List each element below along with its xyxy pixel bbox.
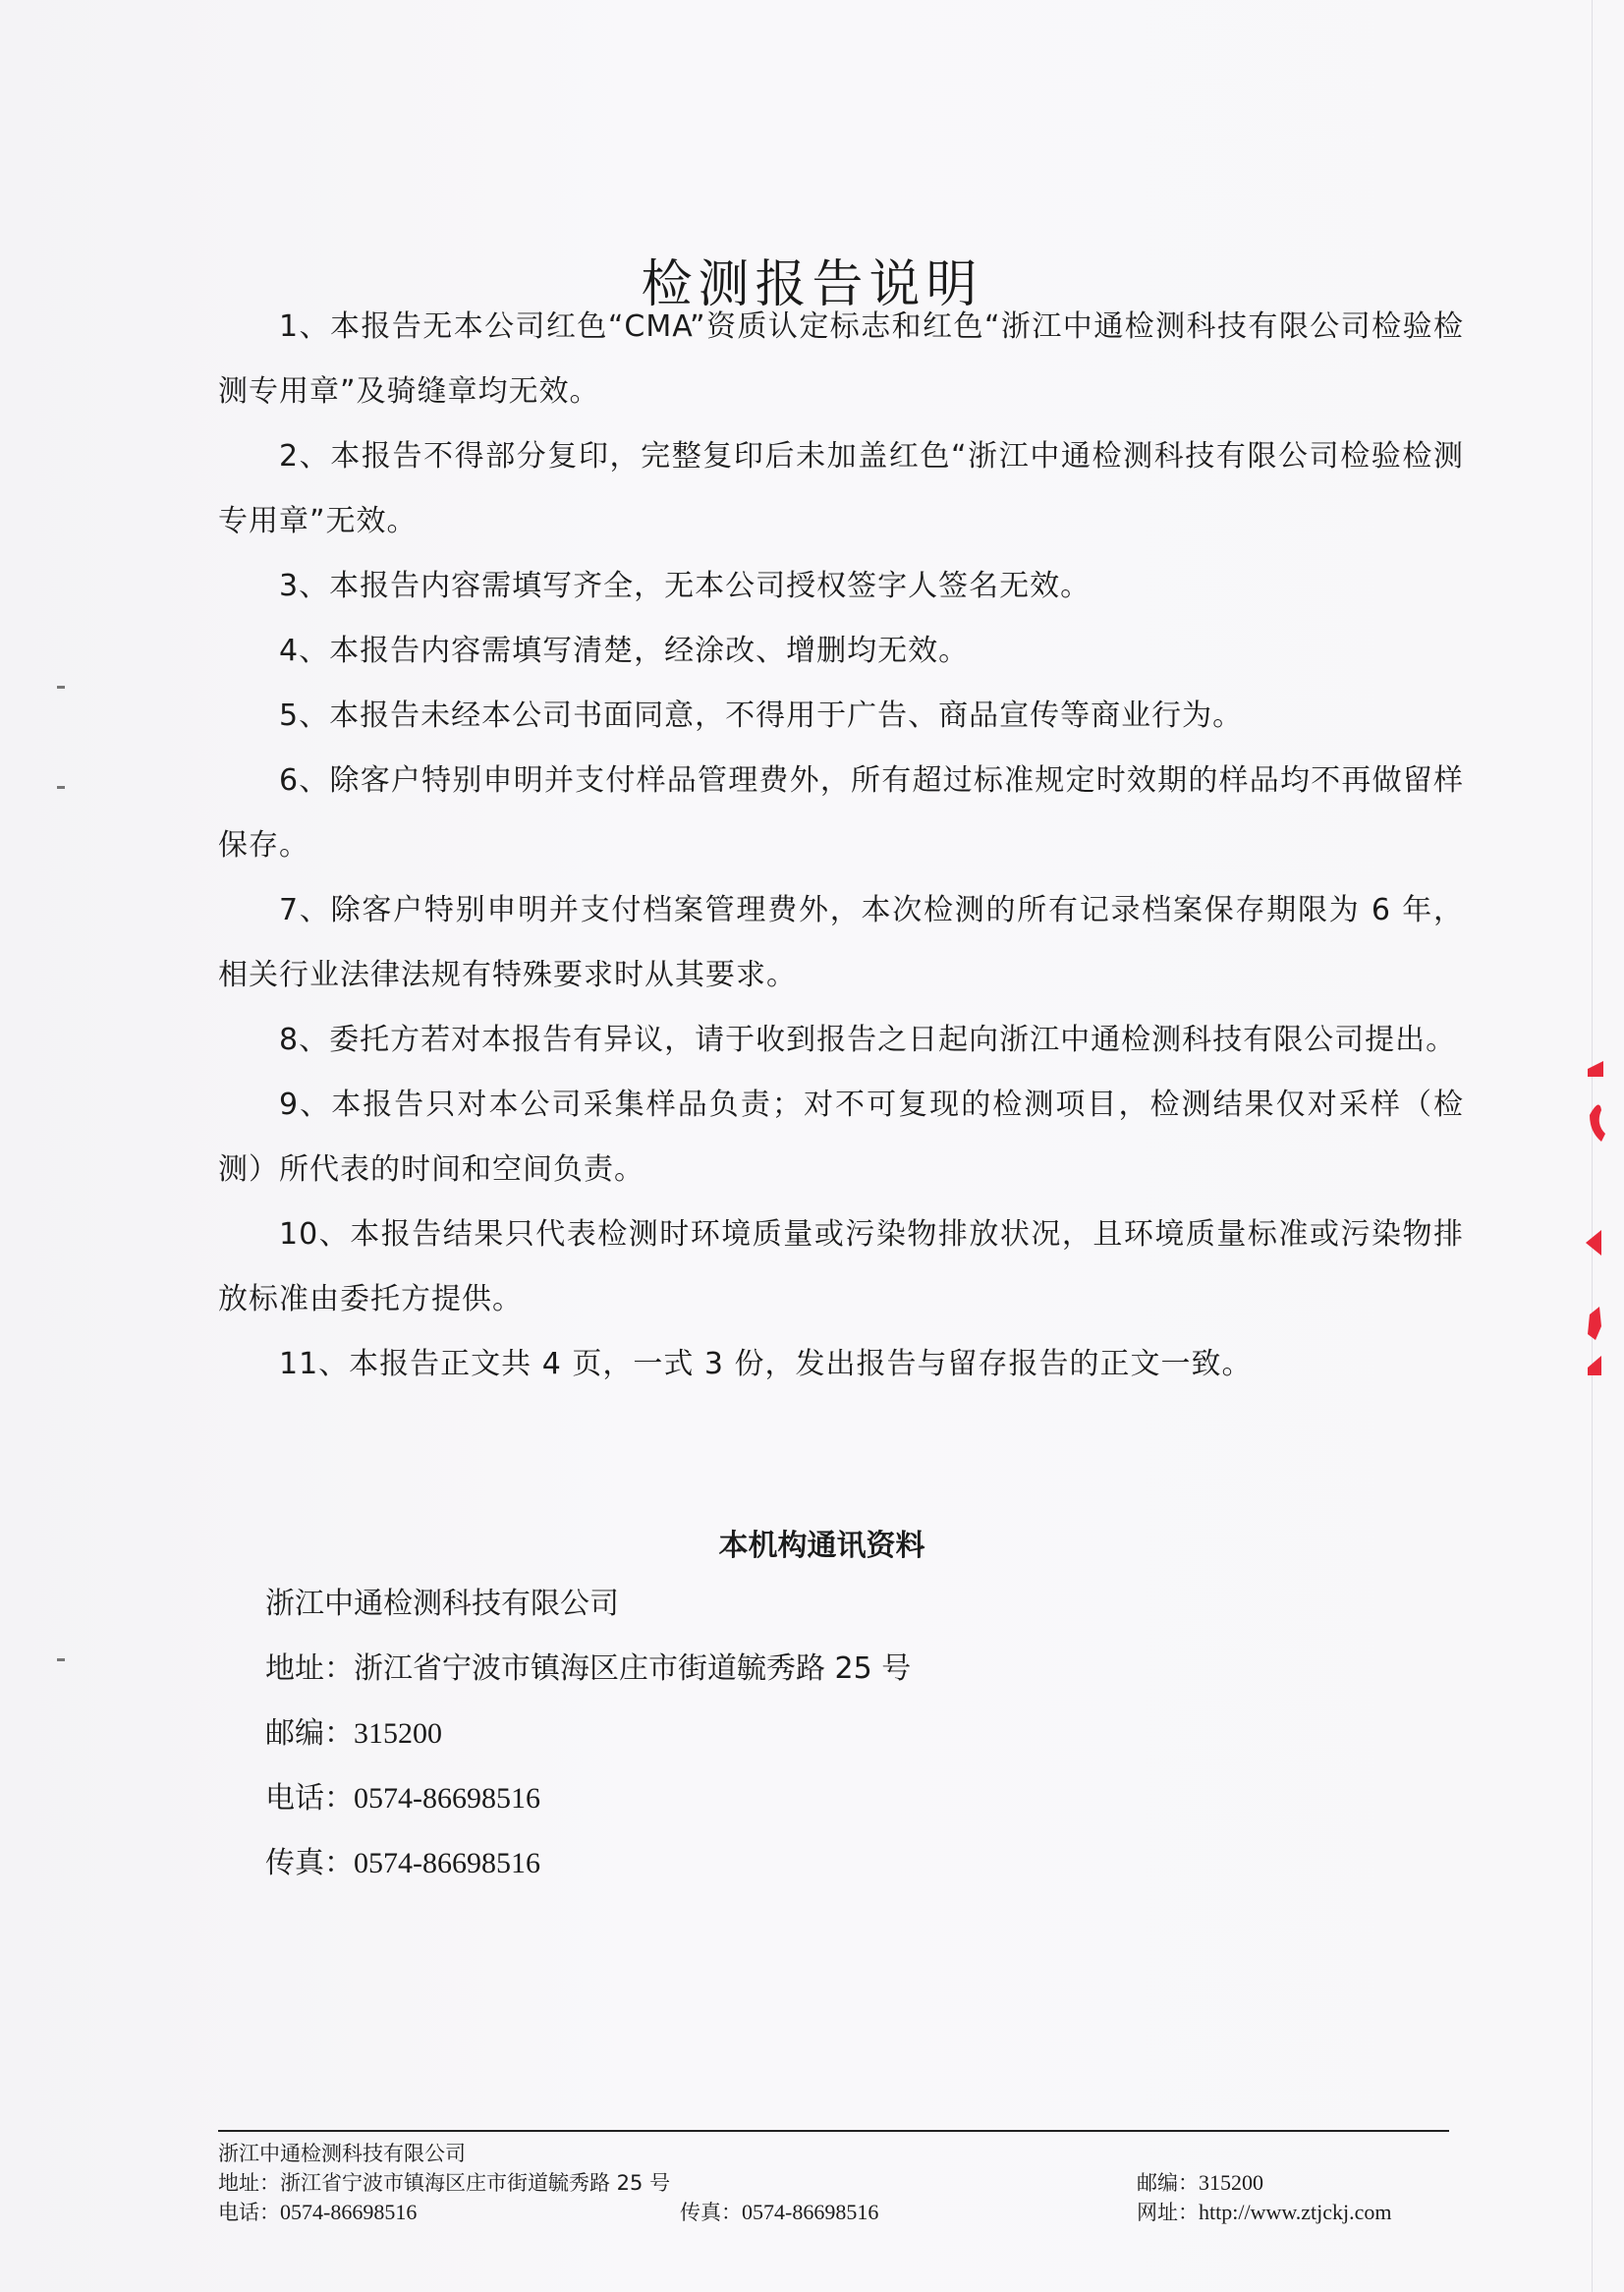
binding-hole-mark — [57, 686, 65, 689]
footer-website-label: 网址： — [1137, 2201, 1199, 2224]
clause-item: 9、本报告只对本公司采集样品负责；对不可复现的检测项目，检测结果仅对采样（检测）… — [218, 1073, 1464, 1202]
footer-postcode: 邮编：315200 — [1137, 2168, 1263, 2198]
fax-value: 0574-86698516 — [354, 1847, 540, 1879]
clause-item: 1、本报告无本公司红色“CMA”资质认定标志和红色“浙江中通检测科技有限公司检验… — [218, 295, 1464, 424]
postcode-value: 315200 — [354, 1717, 442, 1750]
clause-item: 5、本报告未经本公司书面同意，不得用于广告、商品宣传等商业行为。 — [218, 684, 1464, 749]
document-page: 检测报告说明 1、本报告无本公司红色“CMA”资质认定标志和红色“浙江中通检测科… — [0, 0, 1624, 2292]
postcode-label: 邮编： — [265, 1716, 354, 1751]
footer-fax: 传真：0574-86698516 — [680, 2198, 878, 2227]
contact-fax: 传真：0574-86698516 — [265, 1831, 911, 1896]
phone-label: 电话： — [265, 1781, 354, 1816]
clause-item: 2、本报告不得部分复印，完整复印后未加盖红色“浙江中通检测科技有限公司检验检测专… — [218, 424, 1464, 554]
clause-item: 7、除客户特别申明并支付档案管理费外，本次检测的所有记录档案保存期限为 6 年，… — [218, 878, 1464, 1008]
footer-phone: 0574-86698516 — [280, 2200, 417, 2224]
seal-stamp-edge-icon — [1584, 1061, 1624, 1375]
clause-list: 1、本报告无本公司红色“CMA”资质认定标志和红色“浙江中通检测科技有限公司检验… — [218, 295, 1464, 1397]
contact-phone: 电话：0574-86698516 — [265, 1766, 911, 1831]
footer-fax-label: 传真： — [680, 2201, 742, 2224]
page-footer: 浙江中通检测科技有限公司 地址：浙江省宁波市镇海区庄市街道毓秀路 25 号 邮编… — [218, 2139, 1456, 2227]
footer-postcode-value: 315200 — [1199, 2170, 1263, 2195]
footer-address: 浙江省宁波市镇海区庄市街道毓秀路 25 号 — [280, 2171, 670, 2195]
contact-postcode: 邮编：315200 — [265, 1702, 911, 1766]
address-label: 地址： — [265, 1651, 354, 1686]
clause-item: 3、本报告内容需填写齐全，无本公司授权签字人签名无效。 — [218, 554, 1464, 619]
footer-postcode-label: 邮编： — [1137, 2171, 1199, 2195]
contact-address: 地址：浙江省宁波市镇海区庄市街道毓秀路 25 号 — [265, 1637, 911, 1702]
clause-item: 10、本报告结果只代表检测时环境质量或污染物排放状况，且环境质量标准或污染物排放… — [218, 1202, 1464, 1332]
footer-fax-value: 0574-86698516 — [742, 2200, 878, 2224]
footer-address-label: 地址： — [218, 2171, 280, 2195]
clause-item: 11、本报告正文共 4 页，一式 3 份，发出报告与留存报告的正文一致。 — [218, 1332, 1464, 1397]
address-value: 浙江省宁波市镇海区庄市街道毓秀路 25 号 — [354, 1651, 911, 1686]
footer-website-value: http://www.ztjckj.com — [1199, 2200, 1392, 2224]
binding-hole-mark — [57, 1658, 65, 1661]
footer-divider — [218, 2130, 1449, 2132]
footer-company: 浙江中通检测科技有限公司 — [218, 2142, 466, 2165]
fax-label: 传真： — [265, 1846, 354, 1880]
clause-item: 4、本报告内容需填写清楚，经涂改、增删均无效。 — [218, 619, 1464, 684]
contact-info: 浙江中通检测科技有限公司 地址：浙江省宁波市镇海区庄市街道毓秀路 25 号 邮编… — [265, 1572, 911, 1896]
contact-section-heading: 本机构通讯资料 — [0, 1521, 1624, 1564]
binding-hole-mark — [57, 786, 65, 789]
contact-company: 浙江中通检测科技有限公司 — [265, 1572, 911, 1637]
clause-item: 6、除客户特别申明并支付样品管理费外，所有超过标准规定时效期的样品均不再做留样保… — [218, 749, 1464, 878]
phone-value: 0574-86698516 — [354, 1782, 540, 1815]
clause-item: 8、委托方若对本报告有异议，请于收到报告之日起向浙江中通检测科技有限公司提出。 — [218, 1008, 1464, 1073]
footer-phone-label: 电话： — [218, 2201, 280, 2224]
footer-website: 网址：http://www.ztjckj.com — [1137, 2198, 1392, 2227]
